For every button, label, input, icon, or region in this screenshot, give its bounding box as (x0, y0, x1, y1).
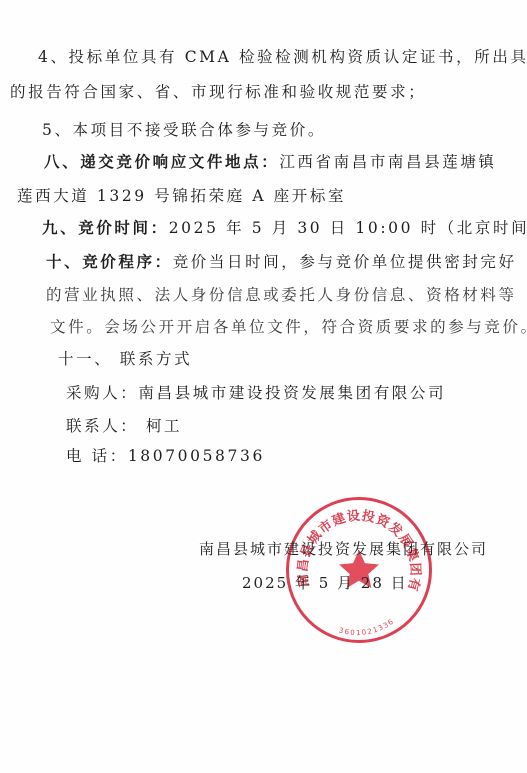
section-10-line-2: 的营业执照、法人身份信息或委托人身份信息、资格材料等 (46, 285, 517, 305)
section-10-line-1: 十、竞价程序：竞价当日时间，参与竞价单位提供密封完好 (46, 252, 517, 272)
phone-number: 18070058736 (128, 447, 265, 465)
section-8-heading: 八、递交竞价响应文件地点： (44, 152, 279, 171)
signature-company: 南昌县城市建设投资发展集团有限公司 (199, 539, 488, 559)
item-4-line-1: 4、投标单位具有 CMA 检验检测机构资质认定证书，所出具 (38, 47, 527, 67)
phone-label: 电 话： (66, 447, 128, 465)
official-seal: 南昌县城市建设投资发展集团有限公司 3601021336 (286, 497, 432, 643)
seal-code: 3601021336 (338, 617, 396, 637)
section-8-address-part1: 江西省南昌市南昌县莲塘镇 (279, 153, 496, 171)
section-11-heading: 十一、 联系方式 (58, 349, 192, 369)
purchaser-name: 南昌县城市建设投资发展集团有限公司 (138, 384, 446, 402)
section-10-heading: 十、竞价程序： (46, 252, 173, 271)
contact-line: 联系人： 柯工 (66, 416, 182, 436)
section-9-heading: 九、竞价时间： (42, 218, 169, 237)
document-page: 4、投标单位具有 CMA 检验检测机构资质认定证书，所出具 的报告符合国家、省、… (0, 0, 527, 773)
section-9-time: 2025 年 5 月 30 日 10:00 时（北京时间） (169, 219, 527, 237)
contact-name: 柯工 (146, 417, 182, 435)
section-10-text-1: 竞价当日时间，参与竞价单位提供密封完好 (173, 253, 517, 271)
signature-date: 2025 年 5 月 28 日 (242, 573, 408, 593)
item-4-line-2: 的报告符合国家、省、市现行标准和验收规范要求； (10, 82, 426, 102)
section-9: 九、竞价时间：2025 年 5 月 30 日 10:00 时（北京时间） (42, 218, 527, 238)
purchaser-line: 采购人：南昌县城市建设投资发展集团有限公司 (66, 383, 446, 403)
section-10-line-3: 文件。会场公开开启各单位文件，符合资质要求的参与竞价。 (50, 317, 527, 337)
purchaser-label: 采购人： (66, 384, 138, 402)
contact-label: 联系人： (66, 417, 138, 435)
section-8-line-1: 八、递交竞价响应文件地点：江西省南昌市南昌县莲塘镇 (44, 152, 497, 172)
section-8-line-2: 莲西大道 1329 号锦拓荣庭 A 座开标室 (17, 186, 346, 206)
svg-text:3601021336: 3601021336 (338, 617, 396, 637)
item-5: 5、本项目不接受联合体参与竞价。 (42, 120, 326, 140)
seal-graphic: 南昌县城市建设投资发展集团有限公司 3601021336 (289, 500, 429, 640)
phone-line: 电 话：18070058736 (66, 446, 265, 466)
